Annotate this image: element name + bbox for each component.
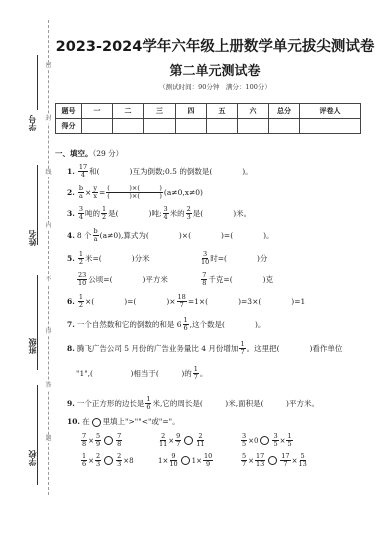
seal-char: 得 bbox=[44, 328, 53, 336]
comparison-item: 35×0 35×15 bbox=[240, 433, 294, 448]
question-text: 米=( )分米 bbox=[85, 253, 200, 265]
comparison-item: 1×910 1×109 bbox=[158, 453, 214, 468]
question-text: 一个正方形的边长是 bbox=[77, 398, 145, 410]
blank-fraction[interactable]: ( )×( )( )×( ) bbox=[106, 185, 163, 200]
question-number: 9. bbox=[67, 398, 75, 410]
score-cell[interactable] bbox=[82, 119, 113, 134]
page-subtitle: 第二单元测试卷 bbox=[55, 60, 375, 79]
seal-dashed-line bbox=[48, 20, 49, 495]
fraction: 174 bbox=[78, 164, 88, 179]
class-label: 班级 bbox=[28, 338, 38, 354]
student-id-line bbox=[37, 55, 38, 110]
question-2: 2. ba × yx = ( )×( )( )×( ) (a≠0,x≠0) bbox=[67, 185, 203, 200]
fraction: 17 bbox=[193, 366, 199, 381]
score-cell[interactable] bbox=[207, 119, 238, 134]
question-number: 1. bbox=[67, 166, 75, 178]
question-text: ×( )=( )× bbox=[85, 296, 176, 308]
question-6: 6. 12 ×( )=( )× 187 =1×( )=3×( )=1 bbox=[67, 294, 305, 309]
question-text: 吨的 bbox=[85, 208, 100, 220]
question-text: (a≠0,x≠0) bbox=[164, 187, 203, 199]
fraction: 187 bbox=[177, 294, 187, 309]
section-title: 一、填空。 bbox=[55, 149, 93, 158]
comparison-item: 78×59 78 bbox=[80, 433, 123, 448]
times-sign: × bbox=[85, 187, 91, 199]
compare-circle[interactable] bbox=[260, 436, 269, 445]
question-8-line-2: "1",( )相当于( )的 17 。 bbox=[76, 366, 207, 381]
question-text: 是( )吨; bbox=[108, 208, 161, 220]
equals-sign: = bbox=[99, 187, 105, 199]
fraction: 2310 bbox=[77, 272, 87, 287]
name-label: 姓名 bbox=[28, 230, 38, 246]
fraction: yx bbox=[92, 185, 98, 200]
question-text: 一个自然数和它的倒数的和是 6 bbox=[77, 319, 182, 331]
school-label: 学校 bbox=[28, 450, 38, 466]
seal-char: 题 bbox=[44, 435, 53, 443]
school-line bbox=[37, 385, 38, 485]
question-text: 千克=( )克 bbox=[208, 274, 273, 286]
question-4: 4. 8 个 ba (a≠0),算式为( )×( )=( )。 bbox=[67, 228, 274, 243]
comparison-item: 211×97 211 bbox=[158, 433, 206, 448]
score-table-score-row: 得分 bbox=[56, 119, 361, 134]
compare-circle[interactable] bbox=[184, 436, 193, 445]
page-title: 2023-2024学年六年级上册数学单元拔尖测试卷 bbox=[55, 35, 375, 56]
student-id-label: 学号 bbox=[28, 115, 38, 131]
circle-icon bbox=[92, 418, 101, 427]
fraction: 34 bbox=[163, 206, 169, 221]
question-text: 时=( )分 bbox=[210, 253, 267, 265]
question-text: (a≠0),算式为( )×( )=( )。 bbox=[100, 230, 274, 242]
fraction: 12 bbox=[101, 206, 107, 221]
question-text: 腾飞广告公司 5 月份的广告业务量比 4 月份增加 bbox=[77, 343, 239, 355]
score-table: 题号 一 二 三 四 五 六 总分 评卷人 得分 bbox=[55, 103, 361, 134]
score-cell[interactable] bbox=[300, 119, 361, 134]
compare-circle[interactable] bbox=[104, 436, 113, 445]
question-number: 8. bbox=[67, 343, 75, 355]
question-text: 8 个 bbox=[77, 230, 92, 242]
fraction: ba bbox=[78, 185, 84, 200]
score-cell[interactable] bbox=[238, 119, 269, 134]
question-number: 2. bbox=[67, 187, 75, 199]
score-table-header-row: 题号 一 二 三 四 五 六 总分 评卷人 bbox=[56, 104, 361, 119]
fraction: 16 bbox=[183, 317, 189, 332]
seal-char: 内 bbox=[44, 222, 53, 230]
question-number: 5. bbox=[67, 253, 75, 265]
fraction: 23 bbox=[186, 206, 192, 221]
header-cell: 二 bbox=[113, 104, 144, 119]
class-line bbox=[37, 275, 38, 370]
header-cell: 一 bbox=[82, 104, 113, 119]
header-cell: 总分 bbox=[269, 104, 300, 119]
question-text: "1",( )相当于( )的 bbox=[76, 368, 192, 380]
score-cell[interactable] bbox=[176, 119, 207, 134]
fraction: 310 bbox=[201, 251, 209, 266]
question-text: 米的 bbox=[170, 208, 185, 220]
fraction: 12 bbox=[78, 251, 84, 266]
score-cell[interactable] bbox=[113, 119, 144, 134]
question-text: 是( )米。 bbox=[193, 208, 251, 220]
compare-circle[interactable] bbox=[268, 456, 277, 465]
question-5-row-2: 2310 公顷=( )平方米 78 千克=( )克 bbox=[76, 272, 273, 287]
question-number: 6. bbox=[67, 296, 75, 308]
section-heading: 一、填空。（29 分） bbox=[55, 148, 123, 159]
question-text: =1×( )=3×( )=1 bbox=[188, 296, 305, 308]
question-text: 。这里把( )看作单位 bbox=[247, 343, 343, 355]
compare-circle[interactable] bbox=[104, 456, 113, 465]
row-label: 得分 bbox=[56, 119, 82, 134]
header-cell: 题号 bbox=[56, 104, 82, 119]
question-7: 7. 一个自然数和它的倒数的和是 6 16 ,这个数是( )。 bbox=[67, 317, 265, 332]
question-text: 米,它的周长是( )米,面积是( )平方米。 bbox=[152, 398, 318, 410]
fraction: 16 bbox=[145, 396, 151, 411]
comparison-item: 57×1713 177×513 bbox=[240, 453, 308, 468]
header-cell: 六 bbox=[238, 104, 269, 119]
question-number: 10. bbox=[67, 416, 80, 428]
fraction: 34 bbox=[78, 206, 84, 221]
header-cell: 四 bbox=[176, 104, 207, 119]
question-text: 里填上">""<"或"="。 bbox=[103, 416, 180, 428]
score-cell[interactable] bbox=[144, 119, 176, 134]
question-5-row-1: 5. 12 米=( )分米 310 时=( )分 bbox=[67, 251, 267, 266]
compare-circle[interactable] bbox=[181, 456, 190, 465]
fraction: 78 bbox=[201, 272, 207, 287]
question-number: 4. bbox=[67, 230, 75, 242]
question-3: 3. 34 吨的 12 是( )吨; 34 米的 23 是( )米。 bbox=[67, 206, 251, 221]
question-8-line-1: 8. 腾飞广告公司 5 月份的广告业务量比 4 月份增加 17 。这里把( )看… bbox=[67, 341, 342, 356]
question-text: 。 bbox=[200, 368, 208, 380]
header-cell: 评卷人 bbox=[300, 104, 361, 119]
question-text: ,这个数是( )。 bbox=[190, 319, 266, 331]
question-text: 公顷=( )平方米 bbox=[88, 274, 200, 286]
question-number: 3. bbox=[67, 208, 75, 220]
score-cell[interactable] bbox=[269, 119, 300, 134]
question-10: 10. 在 里填上">""<"或"="。 bbox=[67, 416, 180, 428]
comparison-item: 16×23 23×8 bbox=[80, 453, 134, 468]
seal-char: 封 bbox=[44, 115, 53, 123]
seal-char: 密 bbox=[44, 62, 53, 70]
section-points: （29 分） bbox=[93, 149, 124, 158]
header-cell: 三 bbox=[144, 104, 176, 119]
fraction: ba bbox=[93, 228, 99, 243]
question-text: 和( )互为倒数;0.5 的倒数是( )。 bbox=[89, 166, 253, 178]
seal-char: 不 bbox=[44, 276, 53, 284]
question-9: 9. 一个正方形的边长是 16 米,它的周长是( )米,面积是( )平方米。 bbox=[67, 396, 319, 411]
fraction: 12 bbox=[78, 294, 84, 309]
fraction: 17 bbox=[239, 341, 245, 356]
seal-char: 线 bbox=[44, 169, 53, 177]
question-text: 在 bbox=[82, 416, 90, 428]
question-1: 1. 174 和( )互为倒数;0.5 的倒数是( )。 bbox=[67, 164, 253, 179]
seal-char: 答 bbox=[44, 382, 53, 390]
question-number: 7. bbox=[67, 319, 75, 331]
exam-info: （测试时间：90分钟 满分：100分） bbox=[55, 82, 375, 91]
header-cell: 五 bbox=[207, 104, 238, 119]
